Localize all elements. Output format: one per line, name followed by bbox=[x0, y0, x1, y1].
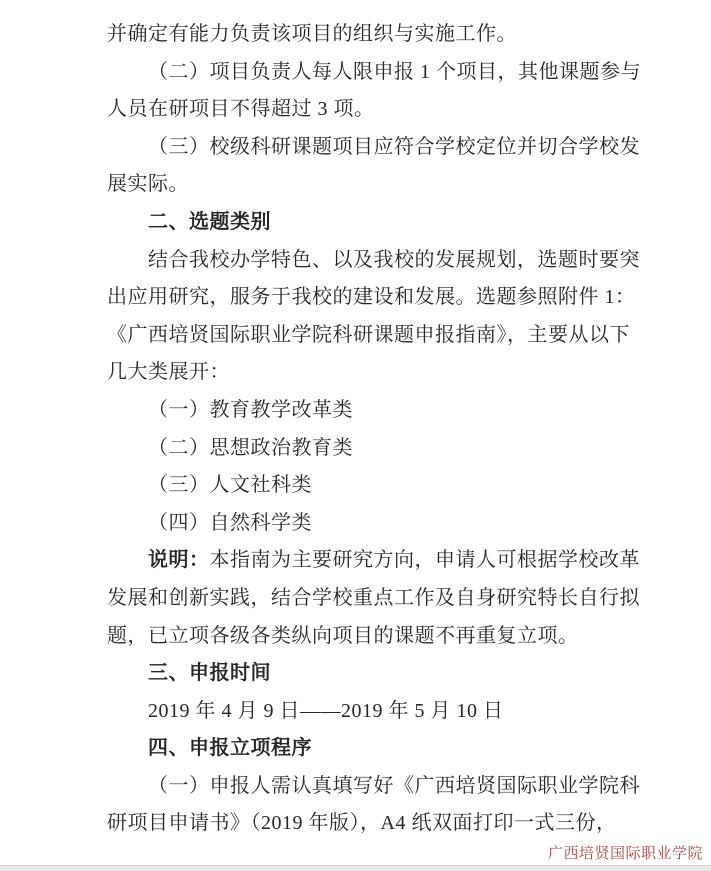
heading-line: 二、选题类别 bbox=[107, 204, 641, 242]
heading-line: 四、申报立项程序 bbox=[107, 730, 641, 768]
text-line: （二）项目负责人每人限申报 1 个项目，其他课题参与 bbox=[107, 54, 641, 92]
text-line: 结合我校办学特色、以及我校的发展规划，选题时要突 bbox=[107, 242, 641, 280]
document-page: 并确定有能力负责该项目的组织与实施工作。（二）项目负责人每人限申报 1 个项目，… bbox=[0, 0, 711, 871]
text-line: 说明：本指南为主要研究方向，申请人可根据学校改革 bbox=[107, 542, 641, 580]
page-break-strip bbox=[0, 865, 711, 871]
heading-line: 三、申报时间 bbox=[107, 655, 641, 693]
text-line: （三）人文社科类 bbox=[107, 467, 641, 505]
text-line: （二）思想政治教育类 bbox=[107, 430, 641, 468]
footer-stamp: 广西培贤国际职业学院 bbox=[548, 842, 703, 863]
text-line: 《广西培贤国际职业学院科研课题申报指南》，主要从以下 bbox=[107, 317, 641, 355]
text-line: 研项目申请书》（2019 年版），A4 纸双面打印一式三份， bbox=[107, 805, 641, 843]
text-line: 几大类展开： bbox=[107, 354, 641, 392]
text-line: 2019 年 4 月 9 日——2019 年 5 月 10 日 bbox=[107, 693, 641, 731]
text-line: 并确定有能力负责该项目的组织与实施工作。 bbox=[107, 16, 641, 54]
text-line: 展实际。 bbox=[107, 166, 641, 204]
text-line: 题，已立项各级各类纵向项目的课题不再重复立项。 bbox=[107, 618, 641, 656]
text-line: （一）申报人需认真填写好《广西培贤国际职业学院科 bbox=[107, 768, 641, 806]
text-line: 发展和创新实践，结合学校重点工作及自身研究特长自行拟 bbox=[107, 580, 641, 618]
text-line: 人员在研项目不得超过 3 项。 bbox=[107, 91, 641, 129]
text-line: （四）自然科学类 bbox=[107, 505, 641, 543]
text-line: （一）教育教学改革类 bbox=[107, 392, 641, 430]
text-line: （三）校级科研课题项目应符合学校定位并切合学校发 bbox=[107, 129, 641, 167]
document-body: 并确定有能力负责该项目的组织与实施工作。（二）项目负责人每人限申报 1 个项目，… bbox=[0, 0, 711, 843]
text-line: 出应用研究，服务于我校的建设和发展。选题参照附件 1： bbox=[107, 279, 641, 317]
